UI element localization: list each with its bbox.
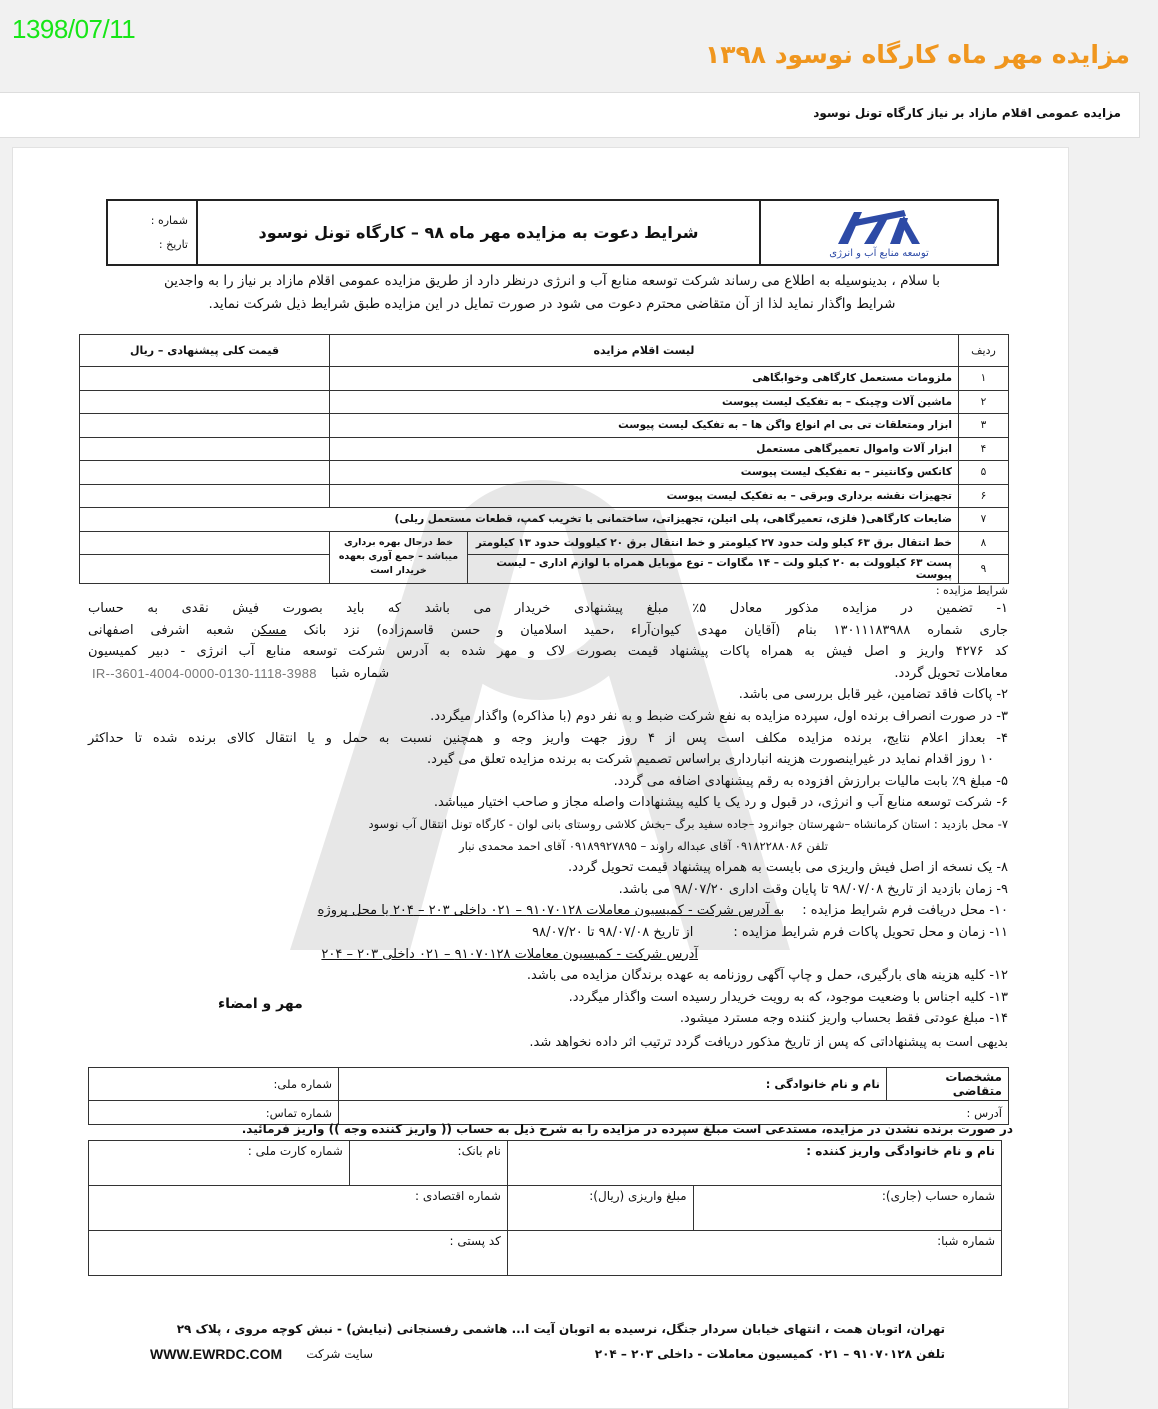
national-card-field[interactable]: شماره کارت ملی : <box>89 1141 350 1186</box>
company-name: توسعه منابع آب و انرژی <box>829 248 929 259</box>
price-cell[interactable] <box>80 414 330 438</box>
table-row: ۸خط انتقال برق ۶۳ کیلو ولت حدود ۲۷ کیلوم… <box>80 531 1009 555</box>
condition-10-value: به آدرس شرکت - کمیسیون معاملات ۹۱۰۷۰۱۲۸ … <box>318 900 785 922</box>
company-logo-icon <box>834 206 924 246</box>
table-row: مشخصات متقاضی نام و نام خانوادگی : شماره… <box>89 1068 1009 1101</box>
table-row: نام و نام خانوادگی واریز کننده : نام بان… <box>89 1141 1002 1186</box>
publish-date: 1398/07/11 <box>12 14 135 45</box>
company-website-link[interactable]: WWW.EWRDC.COM <box>150 1342 282 1367</box>
closing-note: بدیهی است به پیشنهاداتی که پس از تاریخ م… <box>88 1032 1008 1054</box>
table-row: ۴ابزار آلات واموال تعمیرگاهی مستعمل <box>80 437 1009 461</box>
table-row: شماره شبا: کد پستی : <box>89 1231 1002 1276</box>
table-row: ۷ضایعات کارگاهی( فلزی، تعمیرگاهی، پلی ات… <box>80 508 1009 532</box>
refund-note: در صورت برنده نشدن در مزایده، مستدعی است… <box>88 1122 1013 1136</box>
col-price-header: قیمت کلی پیشنهادی – ریال <box>80 335 330 367</box>
condition-11-value: از تاریخ ۹۸/۰۷/۰۸ تا ۹۸/۰۷/۲۰ <box>532 922 693 944</box>
company-address: تهران، اتوبان همت ، انتهای خیابان سردار … <box>150 1317 945 1342</box>
item-description: ملزومات مستعمل کارگاهی وخوابگاهی <box>330 367 959 391</box>
footer-contact-row: تلفن ۹۱۰۷۰۱۲۸ – ۰۲۱ کمیسیون معاملات - دا… <box>150 1342 945 1367</box>
condition-8: ۸- یک نسخه از اصل فیش واریزی می بایست به… <box>88 857 1008 879</box>
sheba-label: شماره شبا <box>331 663 389 685</box>
condition-4: ۴- بعداز اعلام نتایج، برنده مزایده مکلف … <box>88 728 1008 750</box>
row-number: ۱ <box>959 367 1009 391</box>
phone-field[interactable]: شماره تماس: <box>89 1101 339 1125</box>
condition-text: ۱۰- محل دریافت فرم شرایط مزایده : <box>802 900 1008 922</box>
condition-1-line2: جاری شماره ۱۳۰۱۱۱۸۳۹۸۸ بنام (آقایان مهدی… <box>88 620 1008 642</box>
item-description: پست ۶۳ کیلوولت به ۲۰ کیلو ولت – ۱۴ مگاوا… <box>468 555 959 584</box>
condition-9: ۹- زمان بازدید از تاریخ ۹۸/۰۷/۰۸ تا پایا… <box>88 879 1008 901</box>
conditions-caption: شرایط مزایده : <box>88 584 1008 598</box>
refund-account-table: نام و نام خانوادگی واریز کننده : نام بان… <box>88 1140 1002 1276</box>
page-subtitle: مزایده عمومی اقلام مازاد بر نیاز کارگاه … <box>813 106 1121 120</box>
bidder-info-table: مشخصات متقاضی نام و نام خانوادگی : شماره… <box>88 1067 1009 1125</box>
condition-text: جاری شماره ۱۳۰۱۱۱۸۳۹۸۸ بنام (آقایان مهدی… <box>287 623 1008 638</box>
date-label: تاریخ : <box>108 233 188 257</box>
condition-text: شعبه اشرفی اصفهانی <box>88 623 251 638</box>
item-note: خط درحال بهره برداری میباشد – جمع آوری ب… <box>330 531 468 584</box>
condition-7-phone: تلفن ۰۹۱۸۲۲۸۸۰۸۶ آقای عبداله راوند – ۰۹۱… <box>88 836 1008 858</box>
document-header: توسعه منابع آب و انرژی شرایط دعوت به مزا… <box>106 199 999 266</box>
bank-name-field[interactable]: نام بانک: <box>349 1141 507 1186</box>
item-description: ضایعات کارگاهی( فلزی، تعمیرگاهی، پلی اتی… <box>80 508 959 532</box>
price-cell[interactable] <box>80 390 330 414</box>
price-cell[interactable] <box>80 484 330 508</box>
table-row: شماره حساب (جاری): مبلغ واریزی (ریال): ش… <box>89 1186 1002 1231</box>
condition-6: ۶- شرکت توسعه منابع آب و انرژی، در قبول … <box>88 792 1008 814</box>
row-number: ۹ <box>959 555 1009 584</box>
item-description: ابزار ومتعلقات تی بی ام انواع واگن ها – … <box>330 414 959 438</box>
condition-text: ۱۱- زمان و محل تحویل پاکات فرم شرایط مزا… <box>733 922 1008 944</box>
document-footer: تهران، اتوبان همت ، انتهای خیابان سردار … <box>150 1317 945 1367</box>
condition-3: ۳- در صورت انصراف برنده اول، سپرده مزاید… <box>88 706 1008 728</box>
condition-11-address: آدرس شرکت - کمیسیون معاملات ۹۱۰۷۰۱۲۸ – ۰… <box>88 944 1008 966</box>
condition-text: معاملات تحویل گردد. <box>894 663 1008 685</box>
company-phone: تلفن ۹۱۰۷۰۱۲۸ – ۰۲۱ کمیسیون معاملات - دا… <box>595 1342 945 1367</box>
row-number: ۵ <box>959 461 1009 485</box>
table-row: ۲ماشین آلات وچینک – به تفکیک لیست پیوست <box>80 390 1009 414</box>
table-row: ۳ابزار ومتعلقات تی بی ام انواع واگن ها –… <box>80 414 1009 438</box>
document-title: شرایط دعوت به مزایده مهر ماه ۹۸ – کارگاه… <box>196 201 759 264</box>
deposit-amount-field[interactable]: مبلغ واریزی (ریال): <box>507 1186 693 1231</box>
condition-7: ۷- محل بازدید : استان کرمانشاه –شهرستان … <box>88 814 1008 836</box>
price-cell[interactable] <box>80 437 330 461</box>
depositor-name-field[interactable]: نام و نام خانوادگی واریز کننده : <box>507 1141 1001 1186</box>
number-label: شماره : <box>108 209 188 233</box>
row-number: ۷ <box>959 508 1009 532</box>
sheba-field[interactable]: شماره شبا: <box>507 1231 1001 1276</box>
condition-5: ۵- مبلغ ۹٪ بابت مالیات برارزش افزوده به … <box>88 771 1008 793</box>
price-cell[interactable] <box>80 367 330 391</box>
col-row-header: ردیف <box>959 335 1009 367</box>
condition-12: ۱۲- کلیه هزینه های بارگیری، حمل و چاپ آگ… <box>88 965 1008 987</box>
intro-line: با سلام ، بدینوسیله به اطلاع می رساند شر… <box>104 270 1000 293</box>
item-description: ابزار آلات واموال تعمیرگاهی مستعمل <box>330 437 959 461</box>
intro-text: با سلام ، بدینوسیله به اطلاع می رساند شر… <box>104 270 1000 316</box>
row-number: ۲ <box>959 390 1009 414</box>
price-cell[interactable] <box>80 531 330 555</box>
table-header-row: ردیف لیست اقلام مزایده قیمت کلی پیشنهادی… <box>80 335 1009 367</box>
site-label: سایت شرکت <box>306 1342 373 1367</box>
subtitle-bar: مزایده عمومی اقلام مازاد بر نیاز کارگاه … <box>0 92 1140 138</box>
postal-code-field[interactable]: کد پستی : <box>89 1231 508 1276</box>
table-row: ۹پست ۶۳ کیلوولت به ۲۰ کیلو ولت – ۱۴ مگاو… <box>80 555 1009 584</box>
item-description: ماشین آلات وچینک – به تفکیک لیست پیوست <box>330 390 959 414</box>
company-logo: توسعه منابع آب و انرژی <box>759 201 997 264</box>
condition-1-line3: کد ۴۲۷۶ واریز و اصل فیش به همراه پاکات پ… <box>88 641 1008 663</box>
table-row: ۱ملزومات مستعمل کارگاهی وخوابگاهی <box>80 367 1009 391</box>
intro-line: شرایط واگذار نماید لذا از آن متقاضی محتر… <box>104 293 1000 316</box>
bidder-name-field[interactable]: نام و نام خانوادگی : <box>339 1068 887 1101</box>
price-cell[interactable] <box>80 555 330 584</box>
auction-conditions: شرایط مزایده : ۱- تضمین در مزایده مذکور … <box>88 584 1008 1053</box>
row-number: ۳ <box>959 414 1009 438</box>
auction-items-table: ردیف لیست اقلام مزایده قیمت کلی پیشنهادی… <box>79 334 1009 584</box>
col-list-header: لیست اقلام مزایده <box>330 335 959 367</box>
condition-1: ۱- تضمین در مزایده مذکور معادل ۵٪ مبلغ پ… <box>88 598 1008 620</box>
sheba-number: IR--3601-4004-0000-0130-1118-3988 <box>92 663 317 685</box>
national-id-field[interactable]: شماره ملی: <box>89 1068 339 1101</box>
condition-1-line4: معاملات تحویل گردد. شماره شبا IR--3601-4… <box>88 663 1008 685</box>
economic-code-field[interactable]: شماره اقتصادی : <box>89 1186 508 1231</box>
condition-11: ۱۱- زمان و محل تحویل پاکات فرم شرایط مزا… <box>88 922 1008 944</box>
table-row: ۶تجهیزات نقشه برداری وبرقی – به تفکیک لی… <box>80 484 1009 508</box>
bank-name: مسکن <box>251 623 287 638</box>
document-meta: شماره : تاریخ : <box>108 201 196 264</box>
item-description: کانکس وکانتینر – به تفکیک لیست پیوست <box>330 461 959 485</box>
row-number: ۴ <box>959 437 1009 461</box>
bidder-section-label: مشخصات متقاضی <box>887 1068 1009 1101</box>
page-title: مزایده مهر ماه کارگاه نوسود ۱۳۹۸ <box>705 40 1130 69</box>
table-row: آدرس : شماره تماس: <box>89 1101 1009 1125</box>
condition-4-line2: ۱۰ روز اقدام نماید در غیراینصورت هزینه ا… <box>88 749 1008 771</box>
stamp-signature-label: مهر و امضاء <box>218 996 303 1012</box>
item-description: خط انتقال برق ۶۳ کیلو ولت حدود ۲۷ کیلومت… <box>468 531 959 555</box>
price-cell[interactable] <box>80 461 330 485</box>
account-number-field[interactable]: شماره حساب (جاری): <box>693 1186 1002 1231</box>
item-description: تجهیزات نقشه برداری وبرقی – به تفکیک لیس… <box>330 484 959 508</box>
row-number: ۶ <box>959 484 1009 508</box>
row-number: ۸ <box>959 531 1009 555</box>
address-field[interactable]: آدرس : <box>339 1101 1009 1125</box>
condition-2: ۲- پاکات فاقد تضامین، غیر قابل بررسی می … <box>88 684 1008 706</box>
condition-10: ۱۰- محل دریافت فرم شرایط مزایده : به آدر… <box>88 900 1008 922</box>
table-row: ۵کانکس وکانتینر – به تفکیک لیست پیوست <box>80 461 1009 485</box>
